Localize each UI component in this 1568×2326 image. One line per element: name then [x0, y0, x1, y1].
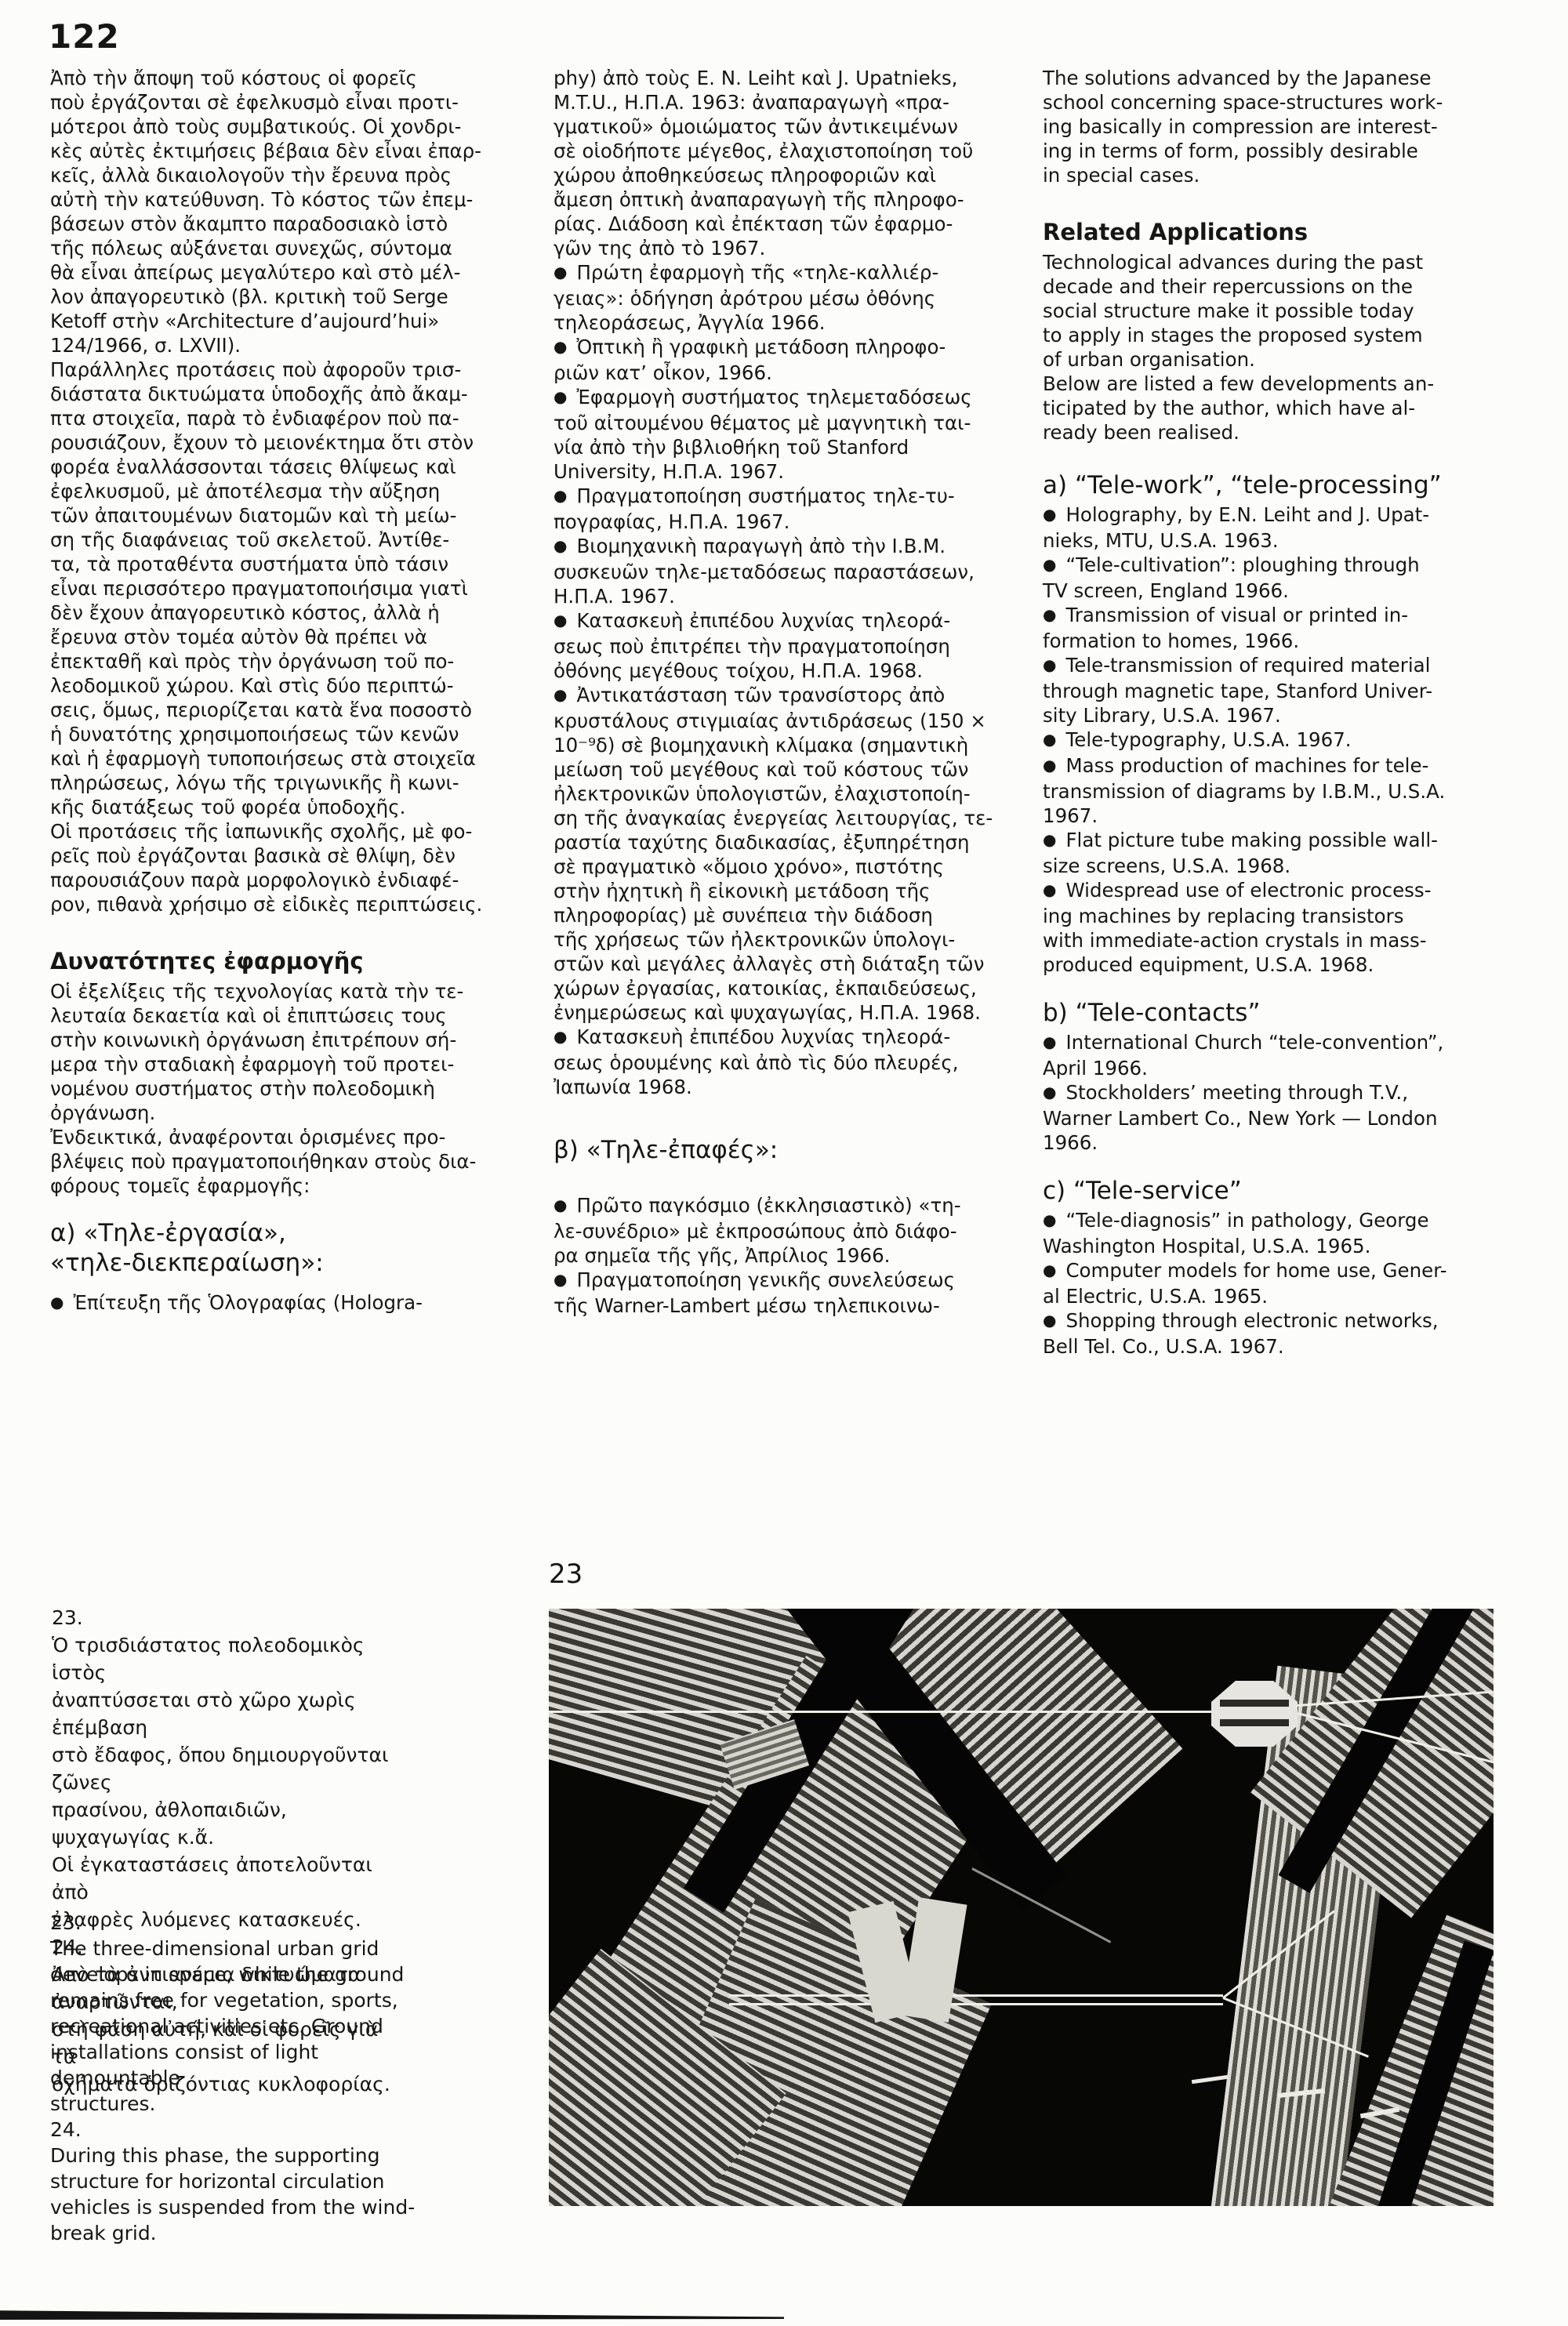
caption-number: 23.	[50, 1910, 419, 1936]
bullet-icon: ●	[1043, 1083, 1056, 1101]
bullet-icon: ●	[1043, 1032, 1056, 1051]
bullet-item: ●International Church “tele-convention”,…	[1043, 1030, 1499, 1080]
bullet-item: ●Πρῶτο παγκόσμιο (ἐκκλησιαστικὸ) «τη- λε…	[554, 1193, 1014, 1268]
bullet-icon: ●	[554, 337, 567, 356]
bullet-item: ●“Tele-diagnosis” in pathology, George W…	[1043, 1208, 1499, 1258]
bullet-icon: ●	[554, 611, 567, 630]
bullet-item: ●Widespread use of electronic process- i…	[1043, 878, 1499, 977]
photo-fragment	[1192, 2075, 1228, 2084]
paragraph: Οἱ προτάσεις τῆς ἰαπωνικῆς σχολῆς, μὲ φο…	[50, 819, 514, 916]
column-greek-middle: phy) ἀπὸ τοὺς E. N. Leiht καὶ J. Upatnie…	[554, 66, 1014, 1318]
bullet-icon: ●	[554, 263, 567, 281]
bullet-item: ●Computer models for home use, Gener- al…	[1043, 1258, 1499, 1308]
figure-23-photo	[549, 1609, 1494, 2206]
bullet-item: ●Κατασκευὴ ἐπιπέδου λυχνίας τηλεορά- σεω…	[554, 1025, 1014, 1099]
column-greek-left: Ἀπὸ τὴν ἄποψη τοῦ κόστους οἱ φορεῖς ποὺ …	[50, 66, 514, 1316]
paragraph: Οἱ ἐξελίξεις τῆς τεχνολογίας κατὰ τὴν τε…	[50, 979, 514, 1125]
bullet-icon: ●	[1043, 756, 1056, 775]
bullet-icon: ●	[1043, 505, 1056, 524]
document-page: 122 Ἀπὸ τὴν ἄποψη τοῦ κόστους οἱ φορεῖς …	[0, 0, 1568, 2326]
bullet-item: ●Βιομηχανικὴ παραγωγὴ ἀπὸ τὴν I.B.M. συσ…	[554, 534, 1014, 608]
bullet-icon: ●	[1043, 880, 1056, 899]
section-heading-greek: Δυνατότητες ἐφαρμογῆς	[50, 948, 514, 974]
bullet-item: ●Flat picture tube making possible wall-…	[1043, 828, 1499, 878]
caption-text: During this phase, the supporting struct…	[50, 2143, 419, 2246]
bullet-item: ●Πρώτη ἐφαρμογὴ τῆς «τηλε-καλλιέρ- γειας…	[554, 260, 1014, 335]
photo-cable	[549, 1711, 1211, 1713]
paragraph: Ἐνδεικτικά, ἀναφέρονται ὁρισμένες προ- β…	[50, 1125, 514, 1198]
bullet-icon: ●	[554, 387, 567, 406]
caption-english: 23. The three-dimensional urban grid dev…	[50, 1910, 419, 2246]
subsection-heading-b-english: b) “Tele-contacts”	[1043, 996, 1499, 1030]
page-number: 122	[49, 17, 120, 56]
bullet-item: ●Holography, by E.N. Leiht and J. Upat- …	[1043, 503, 1499, 553]
caption-number: 23.	[52, 1604, 406, 1631]
bullet-icon: ●	[554, 1027, 567, 1046]
bullet-icon: ●	[554, 685, 567, 704]
caption-text: The three-dimensional urban grid develop…	[50, 1936, 419, 2117]
photo-cable	[729, 1994, 1223, 1997]
bullet-icon: ●	[1043, 830, 1056, 849]
bullet-icon: ●	[1043, 730, 1056, 749]
column-english: The solutions advanced by the Japanese s…	[1043, 66, 1499, 1359]
bullet-item: ●Κατασκευὴ ἐπιπέδου λυχνίας τηλεορά- σεω…	[554, 608, 1014, 683]
caption-number: 24.	[50, 2117, 419, 2143]
subsection-heading-a-english: a) “Tele-work”, “tele-processing”	[1043, 468, 1499, 503]
bullet-icon: ●	[554, 1270, 567, 1289]
photo-cable	[729, 2003, 1223, 2005]
bullet-icon: ●	[1043, 655, 1056, 674]
bullet-item: ●Πραγματοποίηση γενικῆς συνελεύσεως τῆς …	[554, 1268, 1014, 1318]
caption-text: Ὁ τρισδιάστατος πολεοδομικὸς ἱστὸς ἀναπτ…	[52, 1631, 406, 1933]
bullet-item: ●Πραγματοποίηση συστήματος τηλε-τυ- πογρ…	[554, 484, 1014, 534]
bullet-item: ●Transmission of visual or printed in- f…	[1043, 603, 1499, 653]
bullet-icon: ●	[1043, 1210, 1056, 1229]
page-edge-artifact	[0, 2310, 784, 2320]
bullet-icon: ●	[1043, 1261, 1056, 1279]
section-heading-english: Related Applications	[1043, 219, 1499, 245]
paragraph: Technological advances during the past d…	[1043, 250, 1499, 372]
bullet-icon: ●	[50, 1293, 64, 1312]
paragraph: Παράλληλες προτάσεις ποὺ ἀφοροῦν τρισ- δ…	[50, 357, 514, 819]
bullet-icon: ●	[1043, 605, 1056, 624]
paragraph: Below are listed a few developments an- …	[1043, 372, 1499, 445]
bullet-icon: ●	[554, 536, 567, 555]
bullet-item: ●Tele-typography, U.S.A. 1967.	[1043, 728, 1499, 753]
bullet-item: ●Ἐφαρμογὴ συστήματος τηλεμεταδόσεως τοῦ …	[554, 385, 1014, 484]
paragraph: phy) ἀπὸ τοὺς E. N. Leiht καὶ J. Upatnie…	[554, 66, 1014, 260]
paragraph: The solutions advanced by the Japanese s…	[1043, 66, 1499, 187]
bullet-icon: ●	[554, 486, 567, 505]
bullet-item: ●Ἀντικατάσταση τῶν τρανσίστορς ἀπὸ κρυστ…	[554, 683, 1014, 1025]
bullet-item: ●Ὀπτικὴ ἢ γραφικὴ μετάδοση πληροφο- ριῶν…	[554, 335, 1014, 385]
bullet-item: ●Shopping through electronic networks, B…	[1043, 1308, 1499, 1359]
bullet-item: ●Mass production of machines for tele- t…	[1043, 753, 1499, 828]
bullet-icon: ●	[1043, 1311, 1056, 1330]
bullet-item: ●Ἐπίτευξη τῆς Ὁλογραφίας (Hologra-	[50, 1290, 514, 1316]
bullet-item: ●Stockholders’ meeting through T.V., War…	[1043, 1080, 1499, 1155]
subsection-heading-b-greek: β) «Τηλε-ἐπαφές»:	[554, 1135, 1014, 1165]
bullet-icon: ●	[1043, 555, 1056, 574]
bullet-icon: ●	[554, 1196, 567, 1214]
figure-label: 23	[549, 1559, 583, 1590]
paragraph: Ἀπὸ τὴν ἄποψη τοῦ κόστους οἱ φορεῖς ποὺ …	[50, 66, 514, 357]
bullet-item: ●Tele-transmission of required material …	[1043, 653, 1499, 728]
subsection-heading-a-greek: α) «Τηλε-ἐργασία», «τηλε-διεκπεραίωση»:	[50, 1218, 514, 1278]
subsection-heading-c-english: c) “Tele-service”	[1043, 1174, 1499, 1208]
bullet-item: ●“Tele-cultivation”: ploughing through T…	[1043, 553, 1499, 603]
photo-octagon-node	[1211, 1681, 1298, 1747]
